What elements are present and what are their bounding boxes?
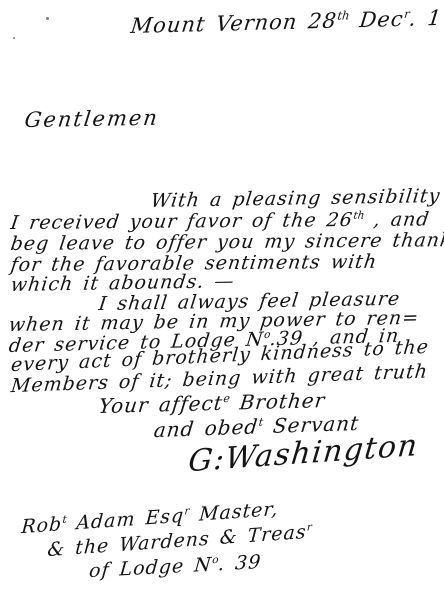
ink-speck <box>46 17 49 20</box>
letter-salutation: Gentlemen <box>23 108 160 131</box>
letter-dateline: Mount Vernon 28th Decr. 1783 <box>130 7 444 37</box>
address-line: of Lodge No. 39 <box>88 553 262 581</box>
closing-line: Your affecte Brother <box>98 390 327 416</box>
letter-page: Mount Vernon 28th Decr. 1783 Gentlemen W… <box>0 0 444 591</box>
body-line: beg leave to offer you my sincere thanks <box>9 231 444 254</box>
ink-speck <box>13 37 15 39</box>
body-line: With a pleasing sensibility <box>150 187 442 211</box>
